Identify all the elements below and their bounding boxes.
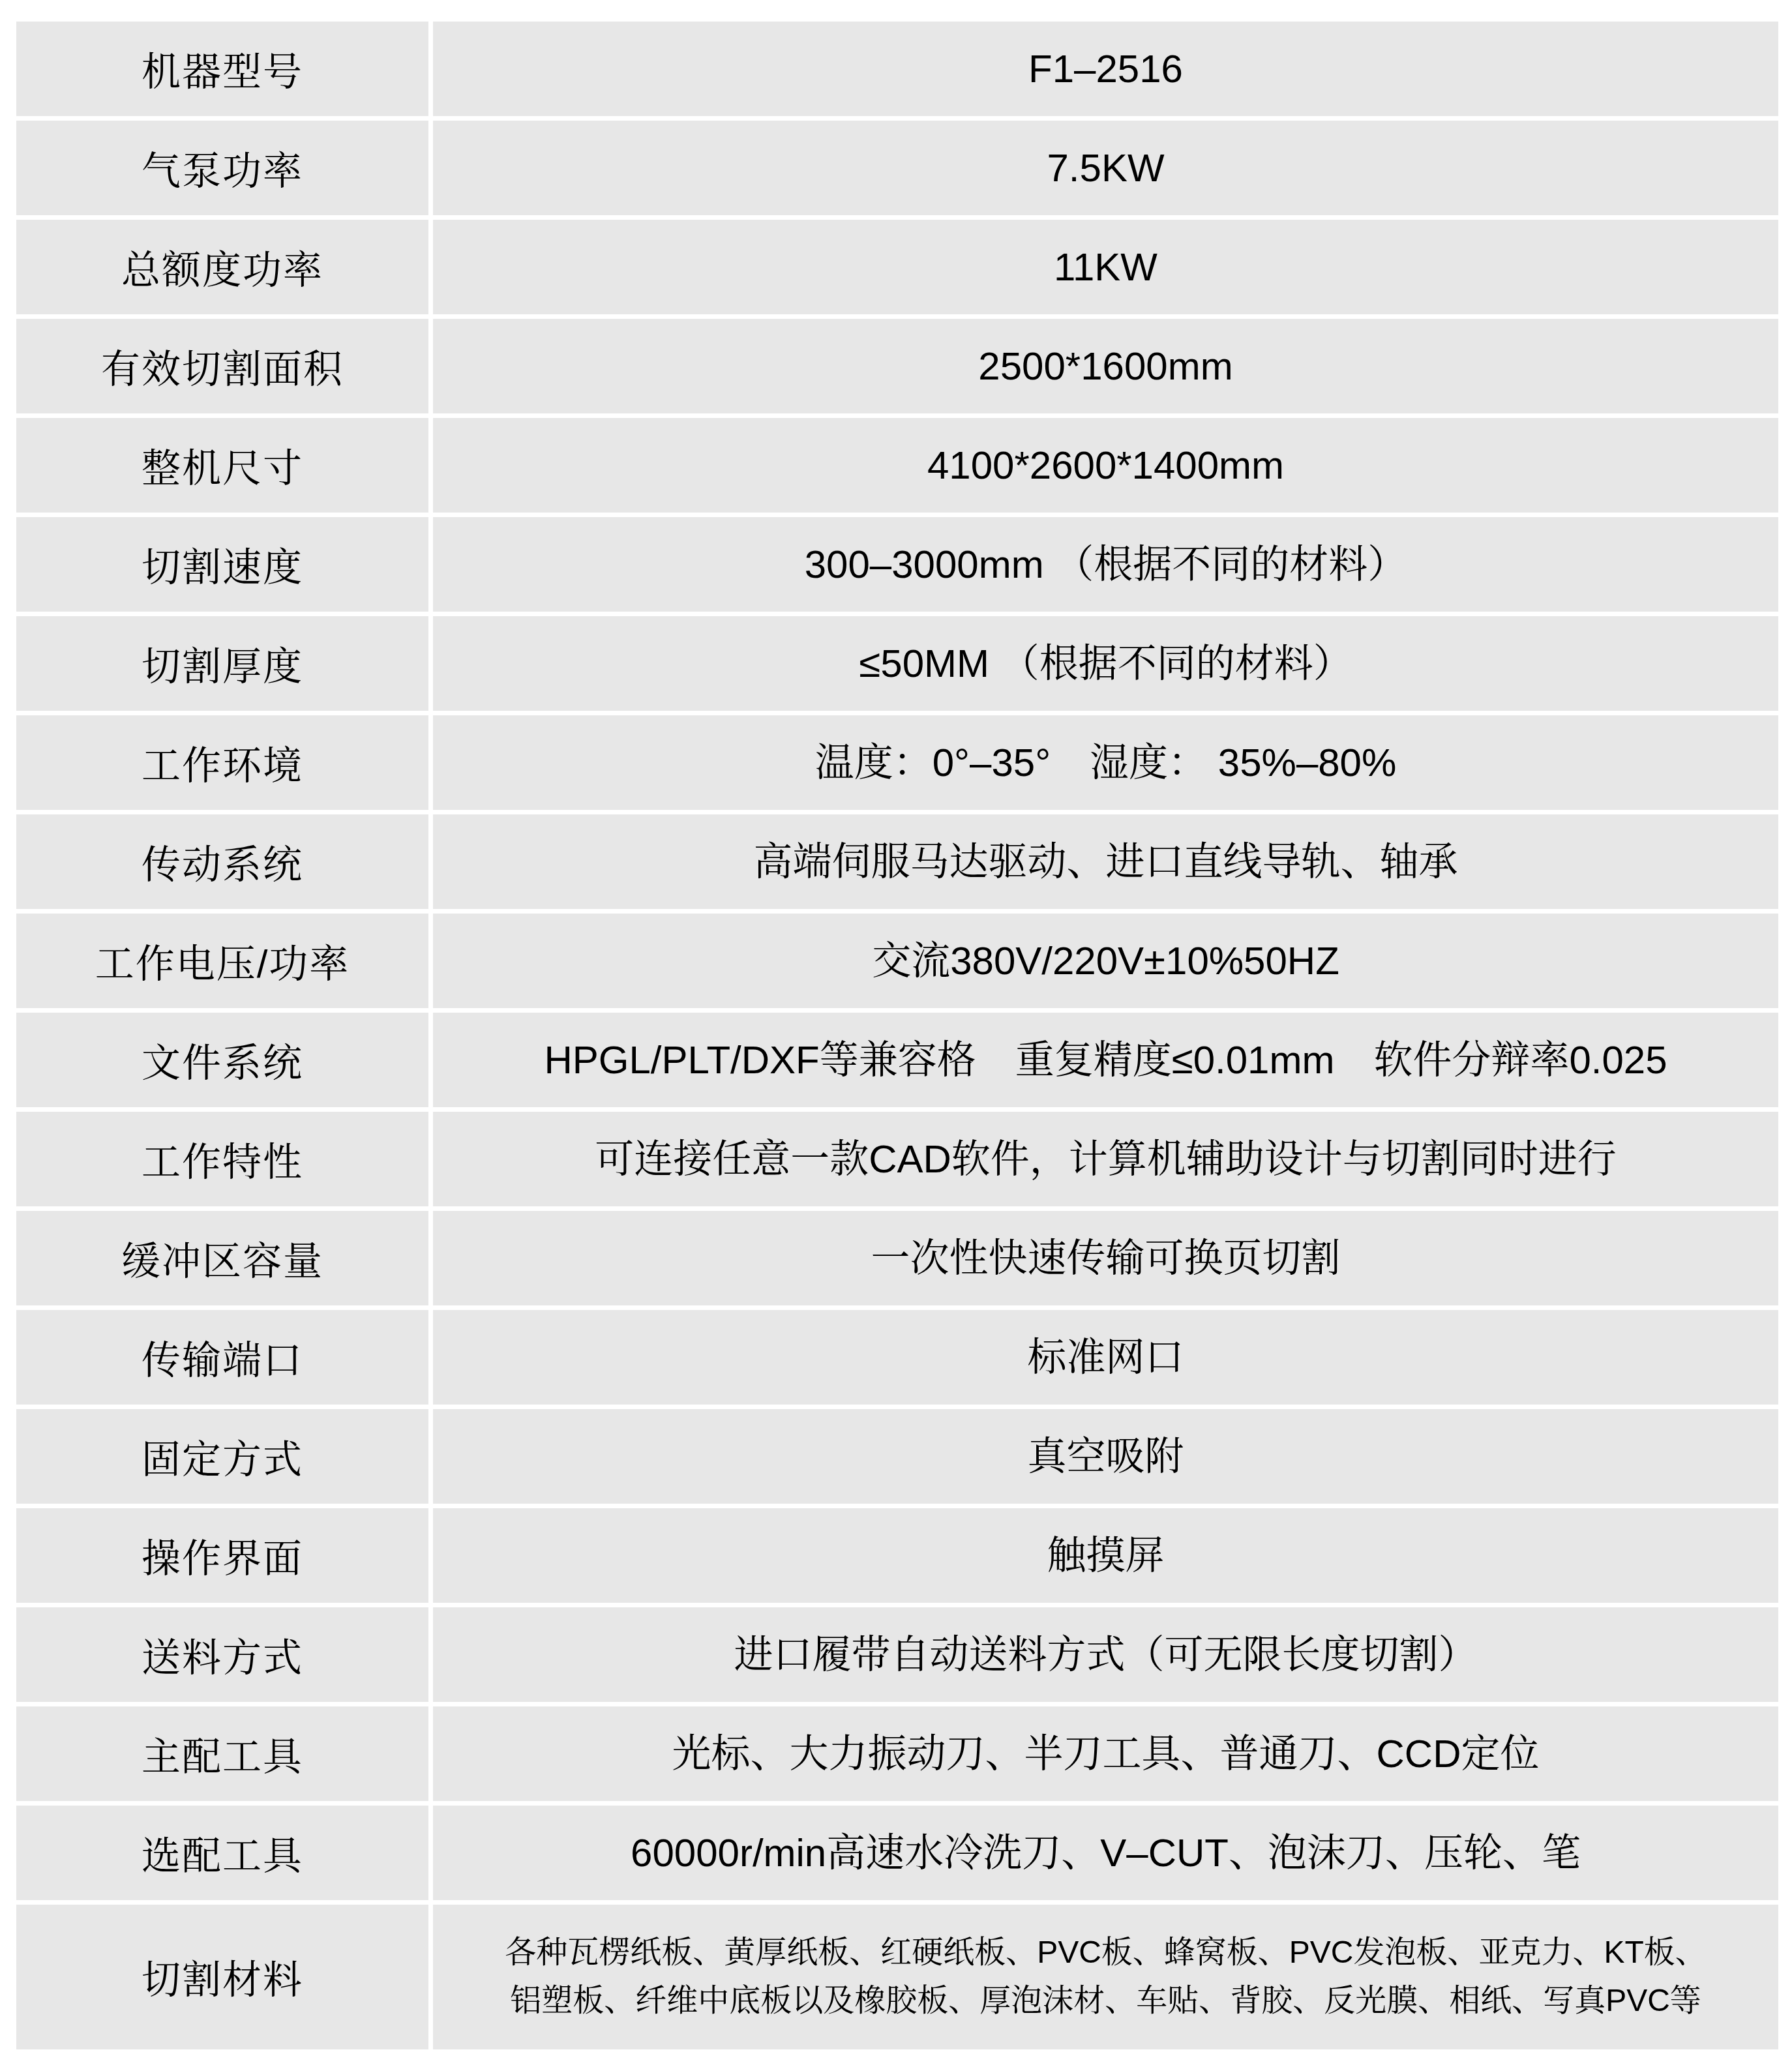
- spec-label-cell: 机器型号: [16, 22, 428, 116]
- spec-row: 机器型号F1–2516: [16, 22, 1778, 116]
- spec-row: 总额度功率11KW: [16, 220, 1778, 314]
- spec-value-cell: 一次性快速传输可换页切割: [433, 1211, 1778, 1305]
- spec-value-cell: 7.5KW: [433, 121, 1778, 215]
- spec-row: 文件系统HPGL/PLT/DXF等兼容格 重复精度≤0.01mm 软件分辩率0.…: [16, 1013, 1778, 1107]
- spec-sheet-page: 机器型号F1–2516气泵功率7.5KW总额度功率11KW有效切割面积2500*…: [0, 0, 1792, 2069]
- spec-label-cell: 总额度功率: [16, 220, 428, 314]
- spec-row: 固定方式真空吸附: [16, 1409, 1778, 1504]
- spec-label-cell: 工作电压/功率: [16, 914, 428, 1008]
- spec-value-cell: 可连接任意一款CAD软件，计算机辅助设计与切割同时进行: [433, 1112, 1778, 1206]
- spec-label-cell: 送料方式: [16, 1607, 428, 1702]
- spec-value-cell: 标准网口: [433, 1310, 1778, 1405]
- spec-label-cell: 有效切割面积: [16, 319, 428, 413]
- spec-table: 机器型号F1–2516气泵功率7.5KW总额度功率11KW有效切割面积2500*…: [16, 22, 1778, 2049]
- spec-value-cell: 交流380V/220V±10%50HZ: [433, 914, 1778, 1008]
- spec-label-cell: 选配工具: [16, 1806, 428, 1900]
- spec-value-line: 铝塑板、纤维中底板以及橡胶板、厚泡沫材、车贴、背胶、反光膜、相纸、写真PVC等: [510, 1977, 1701, 2025]
- spec-row: 切割材料各种瓦楞纸板、黄厚纸板、红硬纸板、PVC板、蜂窝板、PVC发泡板、亚克力…: [16, 1905, 1778, 2049]
- spec-value-line: 各种瓦楞纸板、黄厚纸板、红硬纸板、PVC板、蜂窝板、PVC发泡板、亚克力、KT板…: [505, 1929, 1707, 1977]
- spec-label-cell: 工作环境: [16, 715, 428, 810]
- spec-row: 主配工具光标、大力振动刀、半刀工具、普通刀、CCD定位: [16, 1706, 1778, 1801]
- spec-label-cell: 固定方式: [16, 1409, 428, 1504]
- spec-value-cell: HPGL/PLT/DXF等兼容格 重复精度≤0.01mm 软件分辩率0.025: [433, 1013, 1778, 1107]
- spec-value-cell: 高端伺服马达驱动、进口直线导轨、轴承: [433, 814, 1778, 909]
- spec-value-cell: 300–3000mm （根据不同的材料）: [433, 517, 1778, 612]
- spec-value-cell: 触摸屏: [433, 1508, 1778, 1603]
- spec-row: 工作特性可连接任意一款CAD软件，计算机辅助设计与切割同时进行: [16, 1112, 1778, 1206]
- spec-label-cell: 工作特性: [16, 1112, 428, 1206]
- spec-row: 整机尺寸4100*2600*1400mm: [16, 418, 1778, 513]
- spec-row: 缓冲区容量一次性快速传输可换页切割: [16, 1211, 1778, 1305]
- spec-row: 切割厚度≤50MM （根据不同的材料）: [16, 616, 1778, 711]
- spec-row: 切割速度300–3000mm （根据不同的材料）: [16, 517, 1778, 612]
- spec-label-cell: 文件系统: [16, 1013, 428, 1107]
- spec-row: 传动系统高端伺服马达驱动、进口直线导轨、轴承: [16, 814, 1778, 909]
- spec-row: 气泵功率7.5KW: [16, 121, 1778, 215]
- spec-row: 送料方式进口履带自动送料方式（可无限长度切割）: [16, 1607, 1778, 1702]
- spec-value-cell: 进口履带自动送料方式（可无限长度切割）: [433, 1607, 1778, 1702]
- spec-value-cell: 2500*1600mm: [433, 319, 1778, 413]
- spec-row: 工作环境温度：0°–35° 湿度： 35%–80%: [16, 715, 1778, 810]
- spec-label-cell: 缓冲区容量: [16, 1211, 428, 1305]
- spec-label-cell: 主配工具: [16, 1706, 428, 1801]
- spec-label-cell: 气泵功率: [16, 121, 428, 215]
- spec-label-cell: 操作界面: [16, 1508, 428, 1603]
- spec-row: 传输端口标准网口: [16, 1310, 1778, 1405]
- spec-row: 操作界面触摸屏: [16, 1508, 1778, 1603]
- spec-value-cell: 11KW: [433, 220, 1778, 314]
- spec-row: 有效切割面积2500*1600mm: [16, 319, 1778, 413]
- spec-label-cell: 切割厚度: [16, 616, 428, 711]
- spec-value-cell: F1–2516: [433, 22, 1778, 116]
- spec-row: 选配工具60000r/min高速水冷洗刀、V–CUT、泡沫刀、压轮、笔: [16, 1806, 1778, 1900]
- spec-value-cell: 真空吸附: [433, 1409, 1778, 1504]
- spec-row: 工作电压/功率交流380V/220V±10%50HZ: [16, 914, 1778, 1008]
- spec-value-cell: 60000r/min高速水冷洗刀、V–CUT、泡沫刀、压轮、笔: [433, 1806, 1778, 1900]
- spec-label-cell: 切割材料: [16, 1905, 428, 2049]
- spec-value-cell: 温度：0°–35° 湿度： 35%–80%: [433, 715, 1778, 810]
- spec-label-cell: 传输端口: [16, 1310, 428, 1405]
- spec-value-cell: 4100*2600*1400mm: [433, 418, 1778, 513]
- spec-label-cell: 传动系统: [16, 814, 428, 909]
- spec-value-cell: 光标、大力振动刀、半刀工具、普通刀、CCD定位: [433, 1706, 1778, 1801]
- spec-label-cell: 整机尺寸: [16, 418, 428, 513]
- spec-value-cell: ≤50MM （根据不同的材料）: [433, 616, 1778, 711]
- spec-label-cell: 切割速度: [16, 517, 428, 612]
- spec-value-cell: 各种瓦楞纸板、黄厚纸板、红硬纸板、PVC板、蜂窝板、PVC发泡板、亚克力、KT板…: [433, 1905, 1778, 2049]
